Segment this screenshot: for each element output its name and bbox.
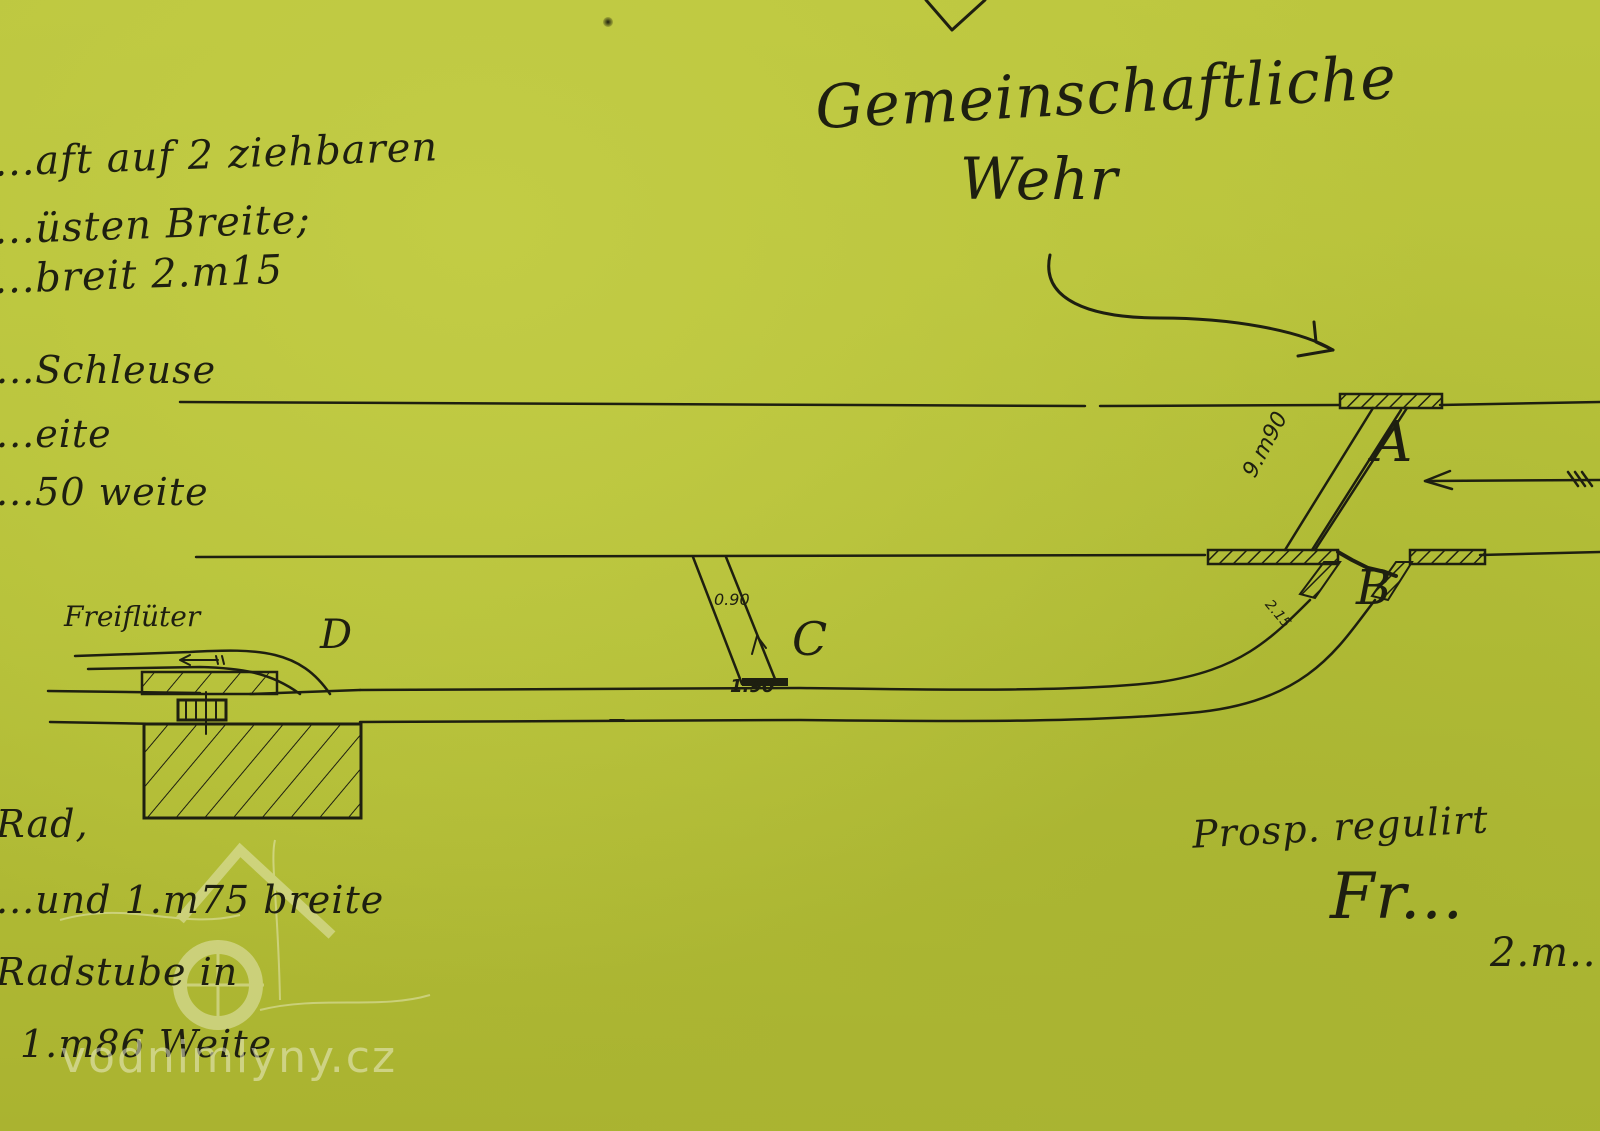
heading-line-2: Wehr [960,145,1118,213]
flow-arrow-left-icon [180,655,224,665]
left-note-line: ...Schleuse [0,348,216,392]
bottom-left-note-line: Rad, [0,802,89,846]
dimension-sluice-c-width: 0.90 [714,590,750,609]
top-mark-icon [926,0,985,30]
label-weir-a: A [1372,410,1412,475]
weir-b-right-abutment [1410,550,1485,564]
bottom-right-note-line: 2.m... [1490,930,1600,976]
label-d: D [320,612,352,658]
label-sluice-c: C [792,612,827,666]
pointer-arrow-icon [1049,255,1333,356]
sluice-c-channel [693,557,777,684]
left-note-line: ...eite [0,412,112,456]
watermark-text: vodnimlyny.cz [60,1032,397,1083]
dimension-sluice-c-base: 1.90 [730,676,774,697]
bottom-right-note-line: Fr... [1330,860,1464,934]
river-lower-bank [196,552,1600,557]
bottom-left-note-line: Radstube in [0,950,238,994]
water-mill-logo-icon [60,840,430,1030]
mill-race-upper-edge [360,600,1310,690]
flow-arrow-icon [1425,471,1600,489]
mill-upper-block [142,672,277,694]
label-free-flood-channel: Freiflüter [64,600,200,633]
sluice-b-left-post [1300,562,1340,598]
mill-race-lower-edge [360,600,1375,722]
scanned-document-sheet: Gemeinschaftliche Wehr ...aft auf 2 zieh… [0,0,1600,1131]
mill-building-block [144,724,361,818]
bottom-left-note-line: ...und 1.m75 breite [0,878,384,922]
weir-a-top-abutment [1340,394,1442,408]
weir-b-left-abutment [1208,550,1338,564]
label-sluice-b: B [1356,560,1391,616]
left-note-line: ...50 weite [0,470,209,514]
